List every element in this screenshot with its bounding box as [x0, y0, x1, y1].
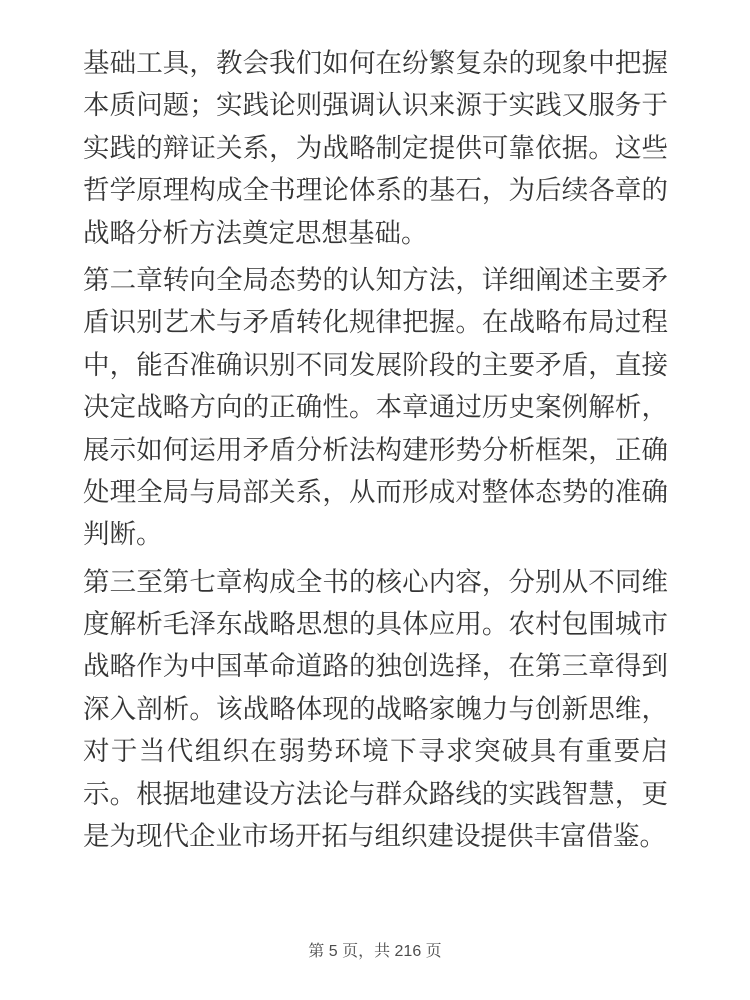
paragraph: 第二章转向全局态势的认知方法，详细阐述主要矛盾识别艺术与矛盾转化规律把握。在战略…	[83, 259, 668, 556]
paragraph: 第三至第七章构成全书的核心内容，分别从不同维度解析毛泽东战略思想的具体应用。农村…	[83, 561, 668, 858]
document-body: 基础工具，教会我们如何在纷繁复杂的现象中把握本质问题；实践论则强调认识来源于实践…	[0, 0, 750, 857]
document-page: 基础工具，教会我们如何在纷繁复杂的现象中把握本质问题；实践论则强调认识来源于实践…	[0, 0, 750, 1000]
page-footer: 第 5 页，共 216 页	[0, 944, 750, 960]
page-number-indicator: 第 5 页，共 216 页	[308, 943, 441, 960]
paragraph: 基础工具，教会我们如何在纷繁复杂的现象中把握本质问题；实践论则强调认识来源于实践…	[83, 42, 668, 254]
